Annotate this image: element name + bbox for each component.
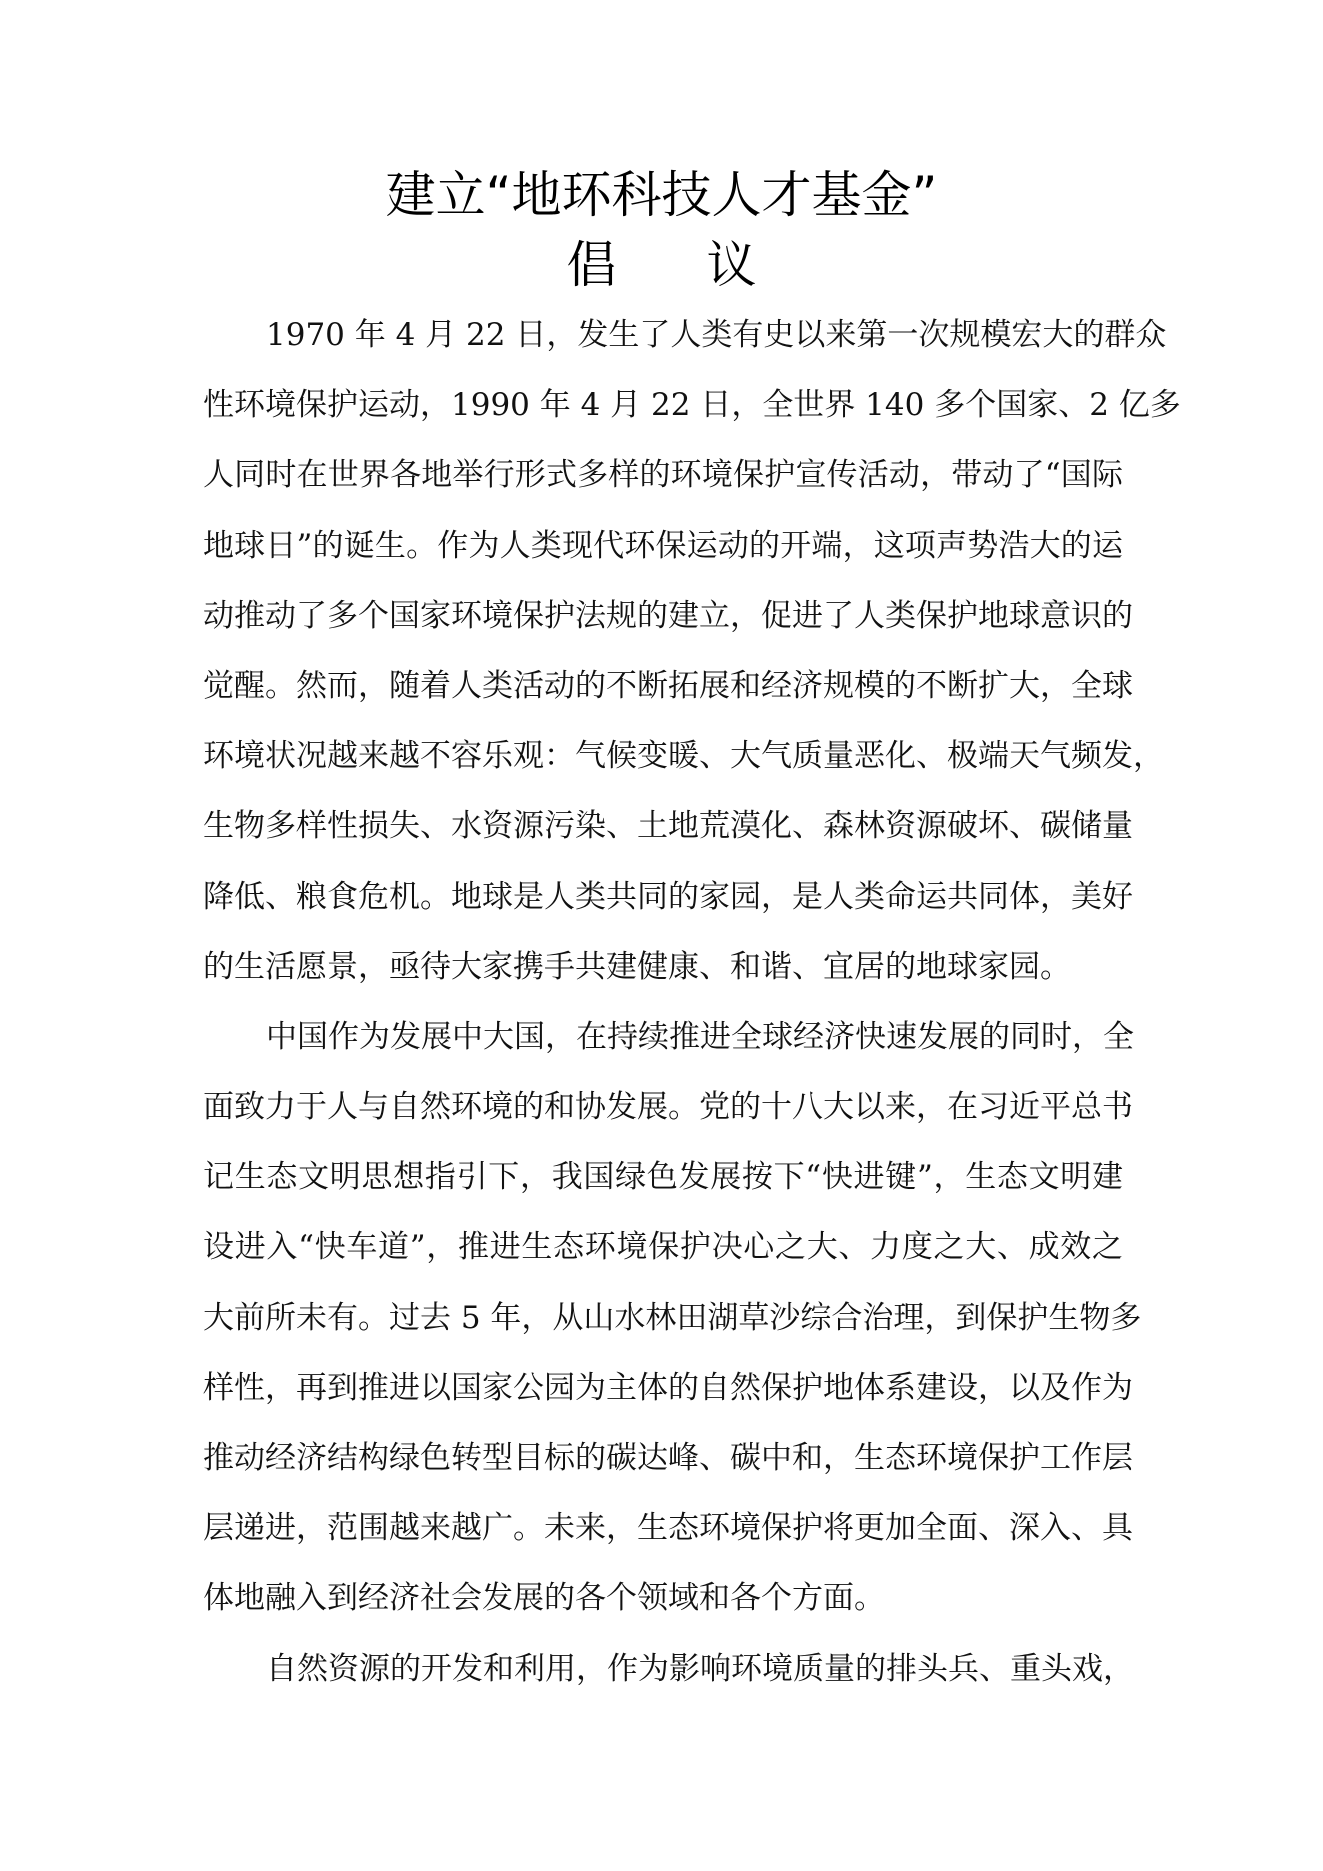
paragraph-1-line-2: 性环境保护运动，1990 年 4 月 22 日，全世界 140 多个国家、2 亿… [203,382,1123,452]
paragraph-1-line-10: 的生活愿景，亟待大家携手共建健康、和谐、宜居的地球家园。 [203,944,1123,1014]
document-body: 1970 年 4 月 22 日，发生了人类有史以来第一次规模宏大的群众 性环境保… [203,312,1123,1716]
paragraph-1-line-1: 1970 年 4 月 22 日，发生了人类有史以来第一次规模宏大的群众 [203,312,1123,382]
paragraph-1-line-8: 生物多样性损失、水资源污染、土地荒漠化、森林资源破坏、碳储量 [203,803,1123,873]
paragraph-1-line-6: 觉醒。然而，随着人类活动的不断拓展和经济规模的不断扩大，全球 [203,663,1123,733]
paragraph-1-line-5: 动推动了多个国家环境保护法规的建立，促进了人类保护地球意识的 [203,593,1123,663]
subtitle-char-1: 倡 [567,236,617,294]
paragraph-2-line-4: 设进入“快车道”，推进生态环境保护决心之大、力度之大、成效之 [203,1224,1123,1294]
document-page: 建立“地环科技人才基金” 倡议 1970 年 4 月 22 日，发生了人类有史以… [0,0,1323,1871]
paragraph-3-line-1: 自然资源的开发和利用，作为影响环境质量的排头兵、重头戏， [203,1646,1123,1716]
subtitle-char-2: 议 [707,236,757,294]
paragraph-2-line-8: 层递进，范围越来越广。未来，生态环境保护将更加全面、深入、具 [203,1505,1123,1575]
document-title: 建立“地环科技人才基金” [0,165,1323,225]
paragraph-2-line-2: 面致力于人与自然环境的和协发展。党的十八大以来，在习近平总书 [203,1084,1123,1154]
document-subtitle: 倡议 [0,235,1323,295]
paragraph-1-line-4: 地球日”的诞生。作为人类现代环保运动的开端，这项声势浩大的运 [203,523,1123,593]
paragraph-2-line-3: 记生态文明思想指引下，我国绿色发展按下“快进键”，生态文明建 [203,1154,1123,1224]
paragraph-2-line-6: 样性，再到推进以国家公园为主体的自然保护地体系建设，以及作为 [203,1365,1123,1435]
paragraph-2-line-5: 大前所未有。过去 5 年，从山水林田湖草沙综合治理，到保护生物多 [203,1295,1123,1365]
paragraph-2-line-9: 体地融入到经济社会发展的各个领域和各个方面。 [203,1575,1123,1645]
paragraph-2-line-1: 中国作为发展中大国，在持续推进全球经济快速发展的同时，全 [203,1014,1123,1084]
paragraph-1-line-3: 人同时在世界各地举行形式多样的环境保护宣传活动，带动了“国际 [203,452,1123,522]
paragraph-2-line-7: 推动经济结构绿色转型目标的碳达峰、碳中和，生态环境保护工作层 [203,1435,1123,1505]
paragraph-1-line-9: 降低、粮食危机。地球是人类共同的家园，是人类命运共同体，美好 [203,874,1123,944]
paragraph-1-line-7: 环境状况越来越不容乐观：气候变暖、大气质量恶化、极端天气频发， [203,733,1123,803]
